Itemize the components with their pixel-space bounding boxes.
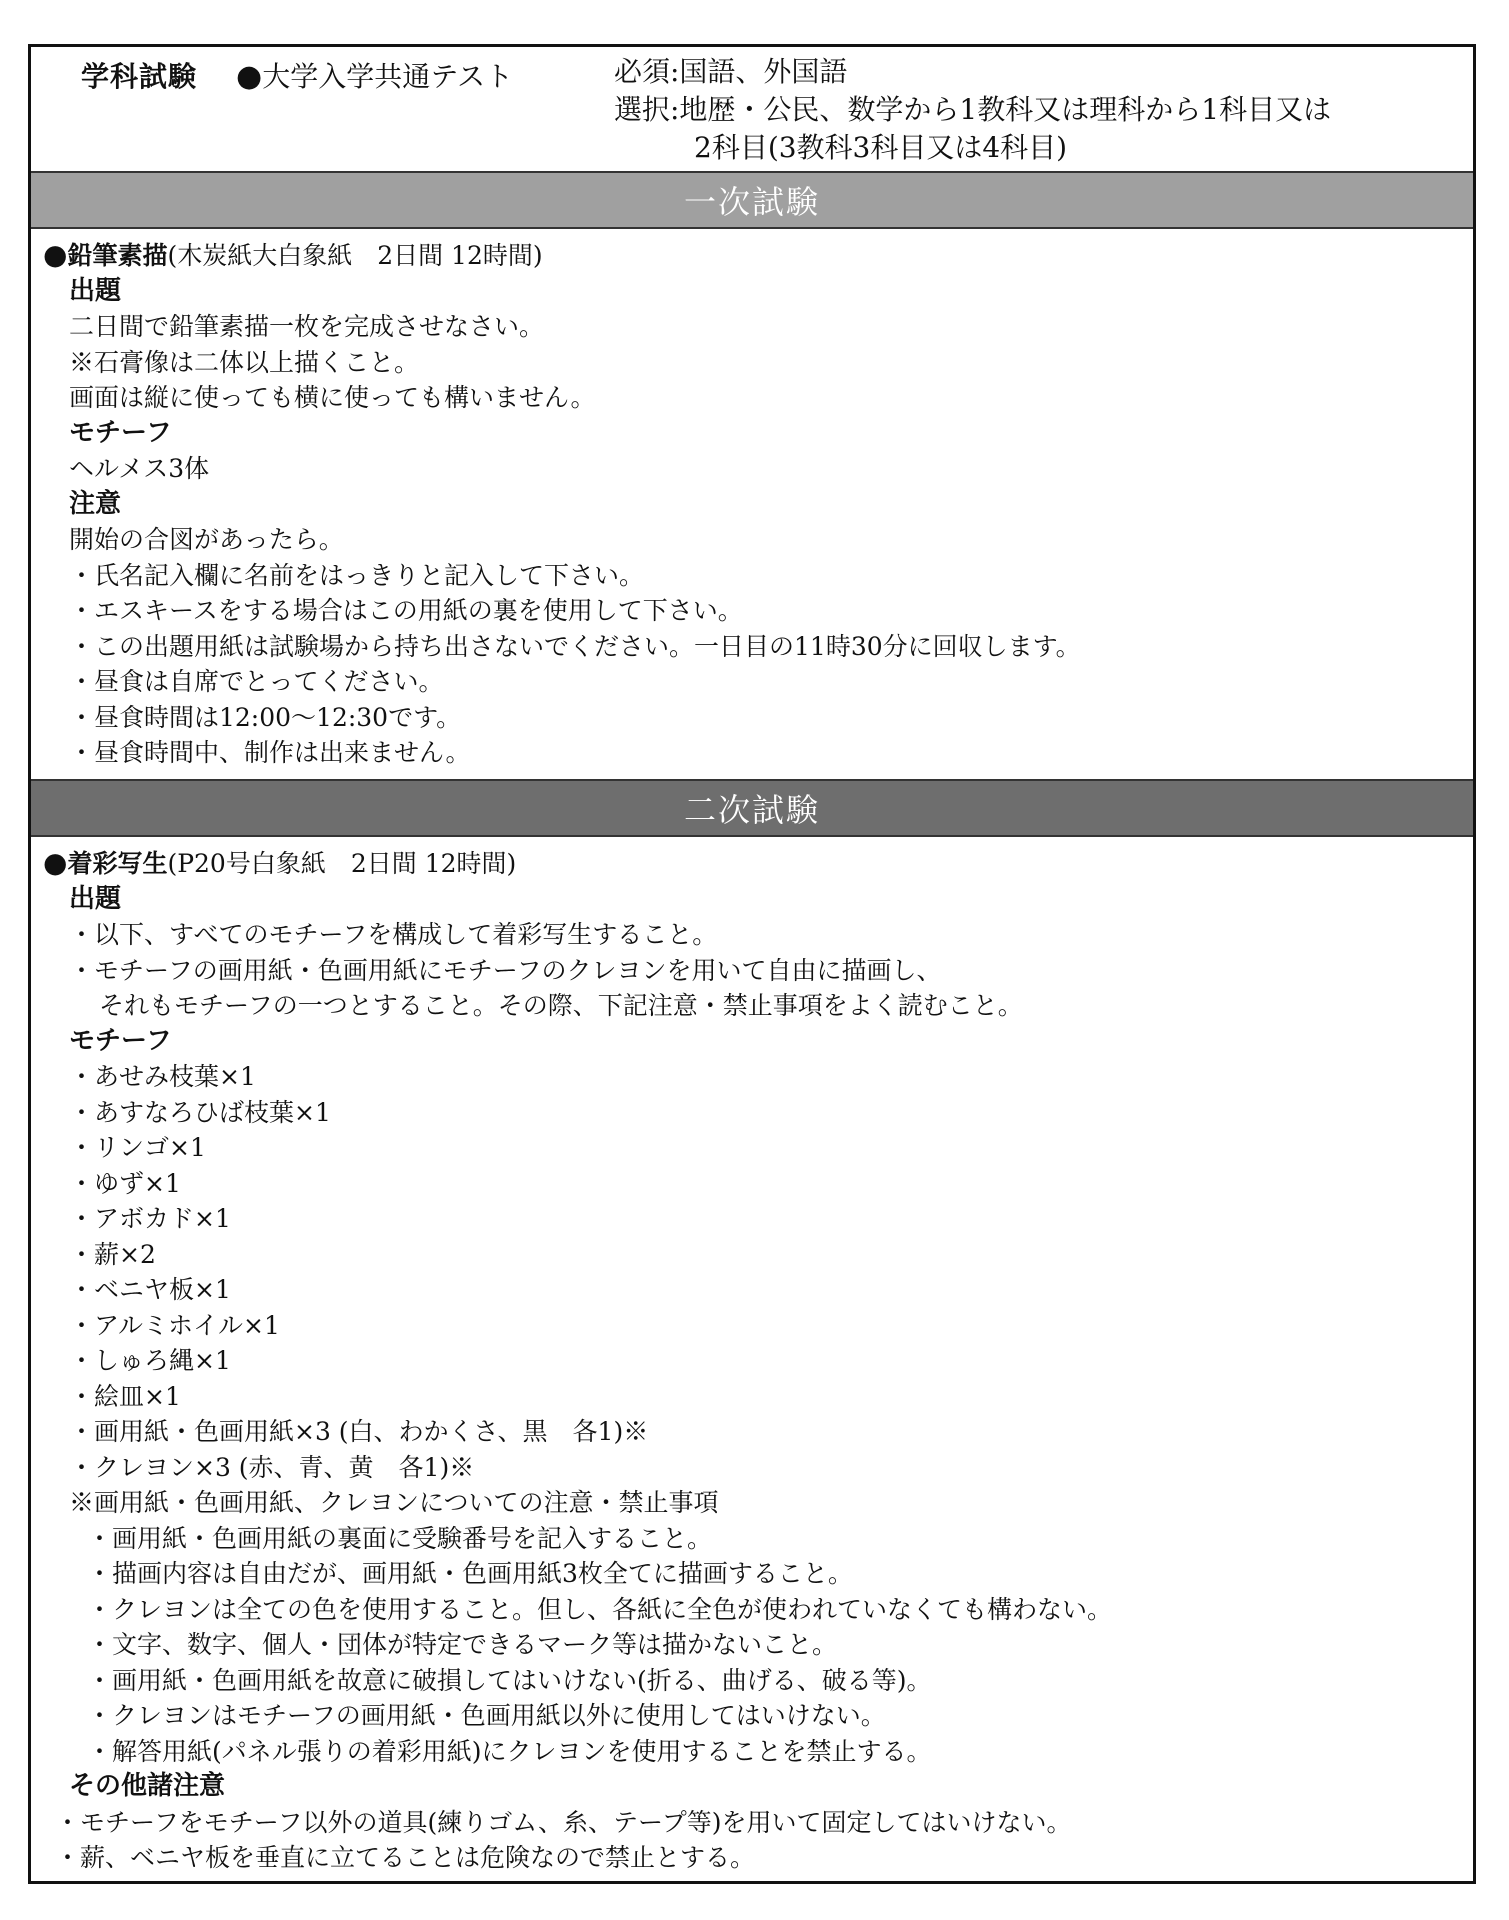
bullet-icon: ● — [43, 238, 67, 271]
first-exam-section: ●鉛筆素描(木炭紙大白象紙 2日間 12時間) 出題 二日間で鉛筆素描一枚を完成… — [31, 229, 1473, 779]
note-line: ・昼食時間は12:00～12:30です。 — [43, 700, 1473, 736]
second-exam-section: ●着彩写生(P20号白象紙 2日間 12時間) 出題 ・以下、すべてのモチーフを… — [31, 837, 1473, 1876]
caution-item: ・描画内容は自由だが、画用紙・色画用紙3枚全てに描画すること。 — [43, 1556, 1473, 1592]
motif-item: ・クレヨン×3 (赤、青、黄 各1)※ — [43, 1450, 1473, 1486]
subject-requirements: 必須:国語、外国語 選択:地歴・公民、数学から1教科又は理科から1科目又は 2科… — [614, 53, 1331, 167]
notes-heading: 注意 — [43, 487, 1473, 523]
caution-item: ・画用紙・色画用紙を故意に破損してはいけない(折る、曲げる、破る等)。 — [43, 1663, 1473, 1699]
motif-item: ・薪×2 — [43, 1237, 1473, 1273]
note-line: ・エスキースをする場合はこの用紙の裏を使用して下さい。 — [43, 593, 1473, 629]
subject-exam-label: 学科試験 — [81, 55, 197, 95]
note-line: 開始の合図があったら。 — [43, 522, 1473, 558]
note-line: ・氏名記入欄に名前をはっきりと記入して下さい。 — [43, 558, 1473, 594]
common-test-name: ●大学入学共通テスト — [236, 55, 513, 95]
elective-subjects-line2: 2科目(3教科3科目又は4科目) — [614, 129, 1331, 167]
second-exam-band: 二次試験 — [31, 779, 1473, 837]
first-exam-band: 一次試験 — [31, 173, 1473, 229]
task-line: それもモチーフの一つとすること。その際、下記注意・禁止事項をよく読むこと。 — [43, 988, 1473, 1024]
motif-item: ・あせみ枝葉×1 — [43, 1059, 1473, 1095]
motif-item: ・ベニヤ板×1 — [43, 1272, 1473, 1308]
motif-item: ・画用紙・色画用紙×3 (白、わかくさ、黒 各1)※ — [43, 1414, 1473, 1450]
caution-item: ・文字、数字、個人・団体が特定できるマーク等は描かないこと。 — [43, 1627, 1473, 1663]
task-line: ・モチーフの画用紙・色画用紙にモチーフのクレヨンを用いて自由に描画し、 — [43, 953, 1473, 989]
first-exam-title: ●鉛筆素描(木炭紙大白象紙 2日間 12時間) — [43, 237, 1473, 274]
exam-detail: (木炭紙大白象紙 2日間 12時間) — [167, 241, 542, 270]
task-heading: 出題 — [43, 882, 1473, 918]
required-subjects: 必須:国語、外国語 — [614, 53, 1331, 91]
exam-info-table: 学科試験 ●大学入学共通テスト 必須:国語、外国語 選択:地歴・公民、数学から1… — [28, 44, 1476, 1884]
note-line: ・昼食時間中、制作は出来ません。 — [43, 735, 1473, 771]
elective-subjects-line1: 選択:地歴・公民、数学から1教科又は理科から1科目又は — [614, 91, 1331, 129]
motif-heading: モチーフ — [43, 416, 1473, 452]
note-line: ・この出題用紙は試験場から持ち出さないでください。一日目の11時30分に回収しま… — [43, 629, 1473, 665]
caution-item: ・画用紙・色画用紙の裏面に受験番号を記入すること。 — [43, 1521, 1473, 1557]
second-exam-title: ●着彩写生(P20号白象紙 2日間 12時間) — [43, 845, 1473, 882]
motif-item: ・アボカド×1 — [43, 1201, 1473, 1237]
task-heading: 出題 — [43, 274, 1473, 310]
caution-item: ・クレヨンはモチーフの画用紙・色画用紙以外に使用してはいけない。 — [43, 1698, 1473, 1734]
exam-subject: 鉛筆素描 — [67, 241, 167, 270]
motif-item: ・ゆず×1 — [43, 1166, 1473, 1202]
other-notes-heading: その他諸注意 — [43, 1769, 1473, 1805]
task-line: ・以下、すべてのモチーフを構成して着彩写生すること。 — [43, 917, 1473, 953]
motif-item: ・リンゴ×1 — [43, 1130, 1473, 1166]
exam-detail: (P20号白象紙 2日間 12時間) — [167, 849, 516, 878]
motif-item: ・アルミホイル×1 — [43, 1308, 1473, 1344]
motif-item: ・絵皿×1 — [43, 1379, 1473, 1415]
task-line: 二日間で鉛筆素描一枚を完成させなさい。 — [43, 309, 1473, 345]
subject-exam-header: 学科試験 ●大学入学共通テスト 必須:国語、外国語 選択:地歴・公民、数学から1… — [31, 47, 1473, 173]
other-note-item: ・モチーフをモチーフ以外の道具(練りゴム、糸、テープ等)を用いて固定してはいけな… — [43, 1805, 1473, 1841]
task-line: ※石膏像は二体以上描くこと。 — [43, 345, 1473, 381]
motif-line: ヘルメス3体 — [43, 451, 1473, 487]
bullet-icon: ● — [43, 846, 67, 879]
other-note-item: ・薪、ベニヤ板を垂直に立てることは危険なので禁止とする。 — [43, 1840, 1473, 1876]
exam-subject: 着彩写生 — [67, 849, 167, 878]
caution-item: ・解答用紙(パネル張りの着彩用紙)にクレヨンを使用することを禁止する。 — [43, 1734, 1473, 1770]
exam-name: 大学入学共通テスト — [262, 60, 513, 93]
task-line: 画面は縦に使っても横に使っても構いません。 — [43, 380, 1473, 416]
motif-item: ・あすなろひば枝葉×1 — [43, 1095, 1473, 1131]
caution-item: ・クレヨンは全ての色を使用すること。但し、各紙に全色が使われていなくても構わない… — [43, 1592, 1473, 1628]
bullet-icon: ● — [236, 59, 262, 94]
caution-heading: ※画用紙・色画用紙、クレヨンについての注意・禁止事項 — [43, 1485, 1473, 1521]
motif-heading: モチーフ — [43, 1024, 1473, 1060]
motif-item: ・しゅろ縄×1 — [43, 1343, 1473, 1379]
note-line: ・昼食は自席でとってください。 — [43, 664, 1473, 700]
